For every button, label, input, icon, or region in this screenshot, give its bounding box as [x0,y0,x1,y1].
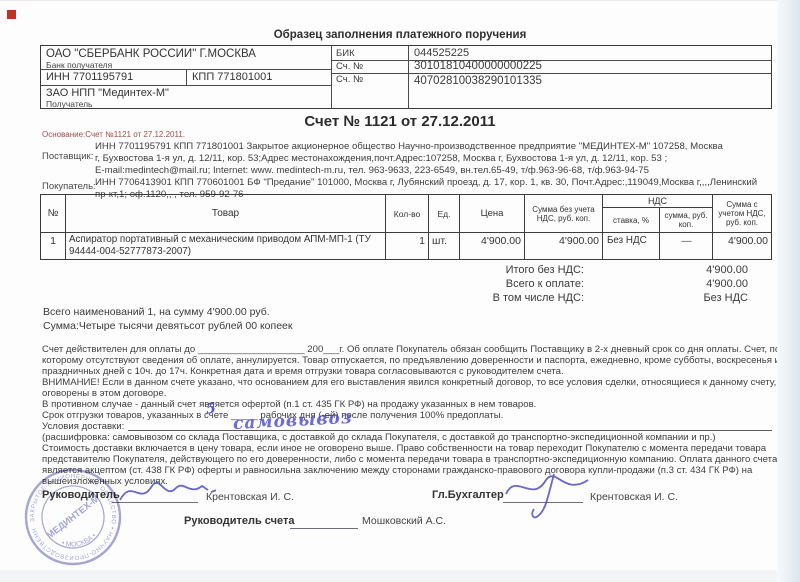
terms-line: оговорены в этом договоре. [42,388,777,399]
col-header-price: Цена [460,195,525,233]
account-value: 40702810038290101335 [414,75,542,87]
beneficiary-bank-name: ОАО "СБЕРБАНК РОССИИ" Г.МОСКВА [46,48,256,60]
basis-note: Основание:Счет №1121 от 27.12.2011. [42,130,185,139]
corr-account-label: Сч. № [336,61,363,72]
payee-name: ЗАО НПП "Мединтех-М" [46,87,169,99]
col-header-vat-sum: сумма, руб. коп. [660,208,713,233]
col-header-total-with-vat: Сумма с учетом НДС, руб. коп. [713,195,771,233]
item-product: Аспиратор портативный с механическим при… [66,233,386,259]
account-label: Сч. № [336,74,363,85]
item-vat-rate: Без НДС [603,233,660,259]
total-value: 4'900.00 [628,264,748,276]
company-stamp: ЗАКРЫТОЕ АКЦИОНЕРНОЕ ОБЩЕСТВО • НАУЧНО-П… [14,458,132,576]
col-header-qty: Кол-во [386,195,429,233]
total-label: Итого без НДС: [384,264,584,276]
terms-line: представителю Покупателя, действующего п… [42,454,777,465]
divider [41,85,331,86]
bik-label: БИК [336,48,355,59]
divider [186,69,187,85]
terms-line: Срок отгрузки товаров, указанных в счете… [42,410,777,421]
item-vat-sum: ----- [660,233,713,259]
col-header-num: № [41,195,66,233]
scan-top-edge [0,0,800,1]
supplier-label: Поставщик: [42,151,93,162]
corr-account-value: 30101810400000000225 [414,60,542,72]
total-value: 4'900.00 [628,278,748,290]
red-corner-marker [7,10,16,19]
supplier-line: E-mail:medintech@mail.ru; Internet: www.… [95,165,795,177]
supplier-line: ИНН 7701195791 КПП 771801001 Закрытое ак… [95,141,795,153]
col-header-vat-group: НДС [603,195,713,208]
terms-line: которому отсутствуют сведения об оплате,… [42,355,777,366]
terms-block: Счет действителен для оплаты до ________… [42,344,777,487]
bank-requisites-table: ОАО "СБЕРБАНК РОССИИ" Г.МОСКВА Банк полу… [40,45,772,109]
items-table: № Товар Кол-во Ед. Цена Сумма без учета … [40,194,772,260]
col-header-amount-no-vat: Сумма без учета НДС, руб. коп. [525,195,603,233]
bik-value: 044525225 [414,47,469,59]
supplier-line: г, Бухвостова 1-я ул, д. 12/11, кор. 53;… [95,153,795,165]
item-num: 1 [41,233,66,259]
chief-accountant-signature [500,468,610,520]
amount-in-words: Сумма:Четыре тысячи девятьсот рублей 00 … [43,320,292,332]
item-amount-no-vat: 4'900.00 [525,233,603,259]
scan-edge-band [777,0,800,582]
account-manager-label: Руководитель счета [184,515,294,527]
divider [331,73,771,74]
divider [331,60,771,61]
col-header-product: Товар [66,195,386,233]
col-header-vat-rate: ставка, % [603,208,660,233]
terms-line: Стоимость доставки включается в цену тов… [42,443,777,454]
delivery-terms-blank-line [128,421,772,431]
divider [331,46,332,108]
item-price: 4'900.00 [460,233,525,259]
kpp-value: КПП 771801001 [192,71,272,83]
terms-line: Счет действителен для оплаты до ________… [42,344,777,355]
account-manager-name: Мошковский А.С. [362,515,446,527]
total-label: В том числе НДС: [384,292,584,304]
divider [408,46,409,108]
account-manager-signature-line [290,515,358,529]
form-title: Образец заполнения платежного поручения [0,29,800,41]
buyer-label: Покупатель: [42,181,96,192]
terms-line: праздничных дней с 10ч. до 17ч. Конкретн… [42,366,777,377]
inn-value: ИНН 7701195791 [46,71,133,83]
terms-line: ВНИМАНИЕ! Если в данном счете указано, ч… [42,377,777,388]
invoice-document: Образец заполнения платежного поручения … [0,0,800,582]
payee-label: Получатель [46,99,92,109]
supplier-details: ИНН 7701195791 КПП 771801001 Закрытое ак… [95,141,795,177]
invoice-title: Счет № 1121 от 27.12.2011 [0,113,800,130]
item-total-with-vat: 4'900.00 [713,233,771,259]
handwritten-shipment-days: 5 [205,401,216,418]
item-unit: шт. [429,233,460,259]
buyer-line: ИНН 7706413901 КПП 770601001 БФ "Предани… [95,177,795,189]
scan-bottom-band [0,570,777,582]
chief-accountant-label: Гл.Бухгалтер [432,489,504,501]
beneficiary-bank-label: Банк получателя [46,60,112,70]
col-header-unit: Ед. [429,195,460,233]
director-name: Крентовская И. С. [206,491,294,503]
terms-line: (расшифровка: самовывозом со склада Пост… [42,432,777,443]
total-label: Всего к оплате: [384,278,584,290]
total-value: Без НДС [628,292,748,304]
item-qty: 1 [386,233,429,259]
terms-line: В противном случае - данный счет являетс… [42,399,777,410]
items-count-line: Всего наименований 1, на сумму 4'900.00 … [43,306,270,318]
